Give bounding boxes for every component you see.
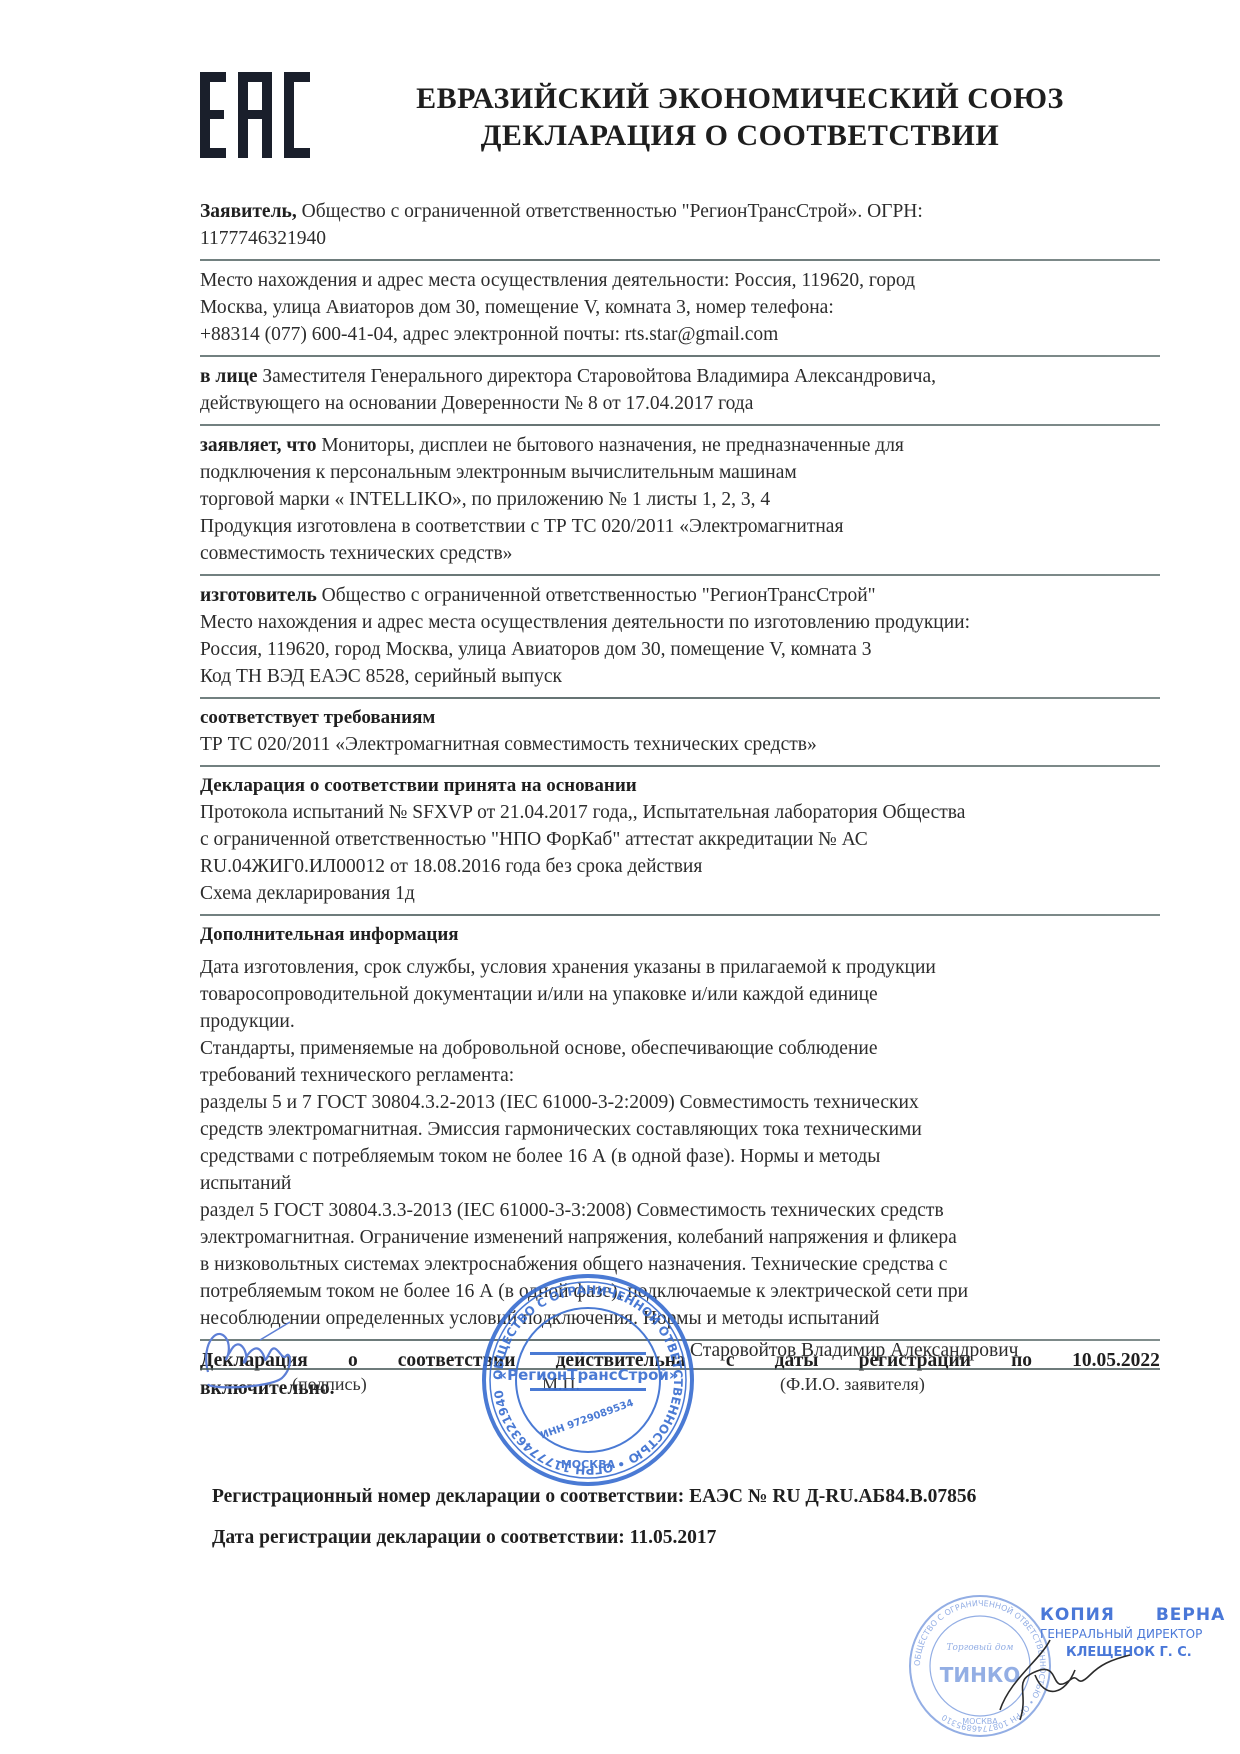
info-line: Стандарты, применяемые на добровольной о… [200,1035,1160,1062]
title-union: ЕВРАЗИЙСКИЙ ЭКОНОМИЧЕСКИЙ СОЮЗ [360,80,1120,117]
info-line: средствами с потребляемым током не более… [200,1143,1160,1170]
registration-number-value: ЕАЭС № RU Д-RU.АБ84.В.07856 [689,1486,976,1507]
certified-text: ВЕРНА [1156,1605,1225,1625]
seal-city: МОСКВА [561,1458,616,1471]
registration-date-row: Дата регистрации декларации о соответств… [212,1527,716,1549]
manufacturer-name: Общество с ограниченной ответственностью… [317,585,876,606]
declaration-scheme: Схема декларирования 1д [200,880,1160,907]
registration-number-label: Регистрационный номер декларации о соотв… [212,1486,689,1507]
basis-label: Декларация о соответствии принята на осн… [200,773,1160,799]
hs-code: Код ТН ВЭД ЕАЭС 8528, серийный выпуск [200,663,1160,690]
manufacturer-section: изготовитель Общество с ограниченной отв… [200,582,1160,694]
seal-company-name: «РегионТрансСтрой» [497,1366,678,1384]
manufacturer-label: изготовитель [200,585,317,606]
document-title: ЕВРАЗИЙСКИЙ ЭКОНОМИЧЕСКИЙ СОЮЗ ДЕКЛАРАЦИ… [360,80,1120,154]
divider [200,765,1160,767]
director-signature-icon [980,1620,1140,1730]
manufacturer-address: Россия, 119620, город Москва, улица Авиа… [200,636,1160,663]
product-section: заявляет, что Мониторы, дисплеи не бытов… [200,432,1160,571]
basis-section: Декларация о соответствии принята на осн… [200,773,1160,911]
divider [200,914,1160,916]
product-standard: совместимость технических средств» [200,540,1160,567]
divider [200,424,1160,426]
manufacturer-address: Место нахождения и адрес места осуществл… [200,609,1160,636]
contact-line: +88314 (077) 600-41-04, адрес электронно… [200,321,1160,348]
applicant-section: Заявитель, Общество с ограниченной ответ… [200,198,1160,256]
applicant-label: Заявитель, [200,201,297,222]
divider [200,259,1160,261]
info-line: испытаний [200,1170,1160,1197]
applicant-name: Общество с ограниченной ответственностью… [297,201,923,222]
declaration-page: ЕВРАЗИЙСКИЙ ЭКОНОМИЧЕСКИЙ СОЮЗ ДЕКЛАРАЦИ… [0,0,1240,1754]
signatory-name-caption: (Ф.И.О. заявителя) [780,1374,925,1395]
representative-section: в лице Заместителя Генерального директор… [200,363,1160,421]
address-line: Москва, улица Авиаторов дом 30, помещени… [200,294,1160,321]
registration-date-value: 11.05.2017 [630,1527,717,1548]
test-protocol: Протокола испытаний № SFXVP от 21.04.201… [200,799,1160,826]
registration-number-row: Регистрационный номер декларации о соотв… [212,1486,976,1508]
product-description: подключения к персональным электронным в… [200,459,1160,486]
declares-label: заявляет, что [200,435,317,456]
title-declaration: ДЕКЛАРАЦИЯ О СООТВЕТСТВИИ [360,117,1120,154]
eac-logo-icon [200,72,312,158]
info-line: товаросопроводительной документации и/ил… [200,981,1160,1008]
representative-name: Заместителя Генерального директора Старо… [257,366,936,387]
product-standard: Продукция изготовлена в соответствии с Т… [200,513,1160,540]
declaration-body: Заявитель, Общество с ограниченной ответ… [200,198,1160,1403]
representative-label: в лице [200,366,257,387]
address-line: Место нахождения и адрес места осуществл… [200,267,1160,294]
requirements-value: ТР ТС 020/2011 «Электромагнитная совмест… [200,731,1160,758]
signatory-name: Старовойтов Владимир Александрович [690,1340,1018,1362]
product-description: Мониторы, дисплеи не бытового назначения… [317,435,904,456]
info-line: Дата изготовления, срок службы, условия … [200,954,1160,981]
address-section: Место нахождения и адрес места осуществл… [200,267,1160,352]
power-of-attorney: действующего на основании Доверенности №… [200,390,1160,417]
test-lab: с ограниченной ответственностью "НПО Фор… [200,826,1160,853]
info-line: требований технического регламента: [200,1062,1160,1089]
applicant-ogrn: 1177746321940 [200,225,1160,252]
info-line: разделы 5 и 7 ГОСТ 30804.3.2-2013 (IEC 6… [200,1089,1160,1116]
info-line: раздел 5 ГОСТ 30804.3.3-2013 (IEC 61000-… [200,1197,1160,1224]
registration-date-label: Дата регистрации декларации о соответств… [212,1527,630,1548]
signature-caption: (подпись) [292,1374,367,1395]
requirements-label: соответствует требованиям [200,705,1160,731]
additional-info-label: Дополнительная информация [200,922,1160,948]
divider [200,355,1160,357]
divider [200,697,1160,699]
seal-inn: ИНН 9729089534 [539,1398,635,1442]
company-seal-icon: ОБЩЕСТВО С ОГРАНИЧЕННОЙ ОТВЕТСТВЕННОСТЬЮ… [478,1270,698,1490]
info-line: электромагнитная. Ограничение изменений … [200,1224,1160,1251]
product-brand: торговой марки « INTELLIKO», по приложен… [200,486,1160,513]
requirements-section: соответствует требованиям ТР ТС 020/2011… [200,705,1160,762]
info-line: продукции. [200,1008,1160,1035]
info-line: средств электромагнитная. Эмиссия гармон… [200,1116,1160,1143]
accreditation: RU.04ЖИГ0.ИЛ00012 от 18.08.2016 года без… [200,853,1160,880]
divider [200,574,1160,576]
